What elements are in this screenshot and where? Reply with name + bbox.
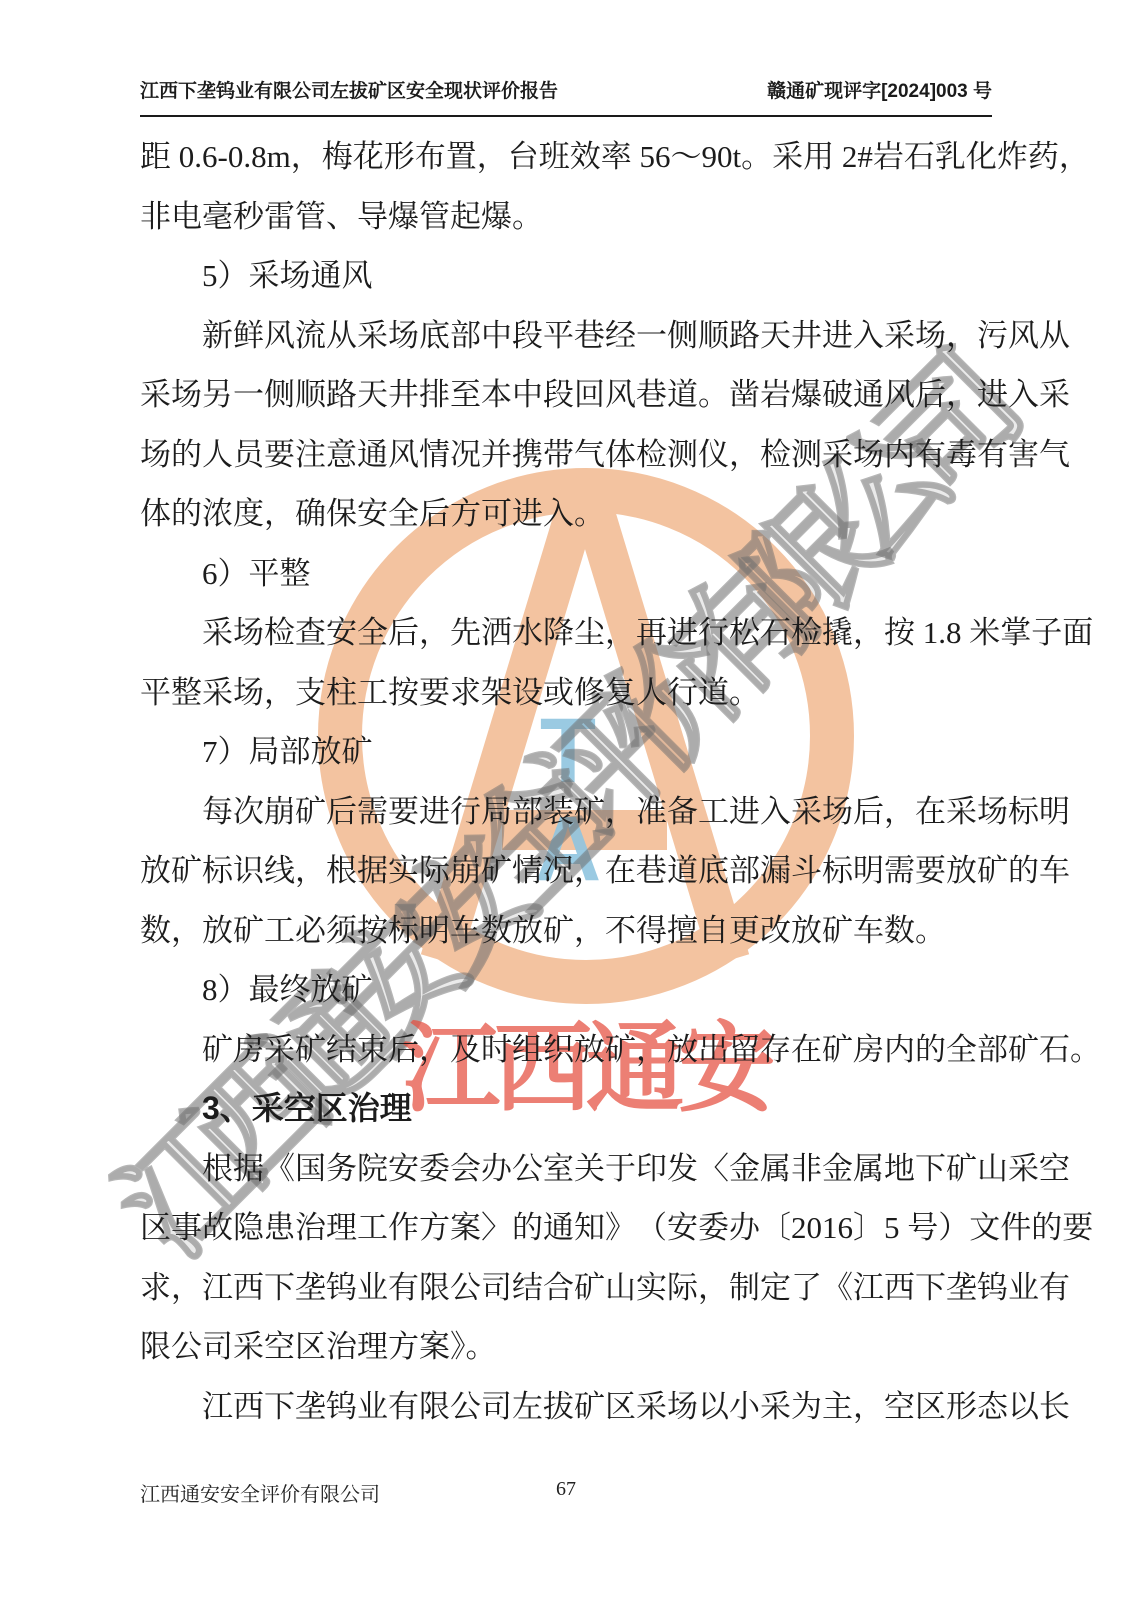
text-line: 放矿标识线，根据实际崩矿情况，在巷道底部漏斗标明需要放矿的车 xyxy=(140,841,992,901)
text-line: 体的浓度，确保安全后方可进入。 xyxy=(140,484,992,544)
header-doc-number: 赣通矿现评字[2024]003 号 xyxy=(767,76,992,103)
text-line: 采场检查安全后，先洒水降尘，再进行松石检撬，按 1.8 米掌子面 xyxy=(140,603,992,663)
text-line: 江西下垄钨业有限公司左拔矿区采场以小采为主，空区形态以长 xyxy=(140,1377,992,1437)
page-number: 67 xyxy=(140,1478,992,1501)
heading-stope-ventilation: 5）采场通风 xyxy=(140,246,992,306)
text-line: 矿房采矿结束后，及时组织放矿，放出留存在矿房内的全部矿石。 xyxy=(140,1020,992,1080)
heading-goaf-treatment: 3、采空区治理 xyxy=(140,1079,992,1139)
text-line: 非电毫秒雷管、导爆管起爆。 xyxy=(140,187,992,247)
page-header: 江西下垄钨业有限公司左拔矿区安全现状评价报告 赣通矿现评字[2024]003 号 xyxy=(140,76,992,117)
text-line: 平整采场，支柱工按要求架设或修复人行道。 xyxy=(140,663,992,723)
text-line: 新鲜风流从采场底部中段平巷经一侧顺路天井进入采场，污风从 xyxy=(140,306,992,366)
heading-leveling: 6）平整 xyxy=(140,544,992,604)
heading-final-ore-drawing: 8）最终放矿 xyxy=(140,960,992,1020)
header-report-title: 江西下垄钨业有限公司左拔矿区安全现状评价报告 xyxy=(140,76,558,103)
body-text: 距 0.6-0.8m，梅花形布置，台班效率 56～90t。采用 2#岩石乳化炸药… xyxy=(140,127,992,1436)
text-line: 区事故隐患治理工作方案〉的通知》（安委办〔2016〕5 号）文件的要 xyxy=(140,1198,992,1258)
heading-partial-ore-drawing: 7）局部放矿 xyxy=(140,722,992,782)
text-line: 数，放矿工必须按标明车数放矿，不得擅自更改放矿车数。 xyxy=(140,901,992,961)
text-line: 采场另一侧顺路天井排至本中段回风巷道。凿岩爆破通风后，进入采 xyxy=(140,365,992,425)
text-line: 场的人员要注意通风情况并携带气体检测仪，检测采场内有毒有害气 xyxy=(140,425,992,485)
text-line: 每次崩矿后需要进行局部装矿，准备工进入采场后，在采场标明 xyxy=(140,782,992,842)
text-line: 求，江西下垄钨业有限公司结合矿山实际，制定了《江西下垄钨业有 xyxy=(140,1258,992,1318)
text-line: 距 0.6-0.8m，梅花形布置，台班效率 56～90t。采用 2#岩石乳化炸药… xyxy=(140,127,992,187)
document-page: T A 江西通安安全评价有限公司 江西通安 江西下垄钨业有限公司左拔矿区安全现状… xyxy=(0,0,1131,1600)
text-line: 限公司采空区治理方案》。 xyxy=(140,1317,992,1377)
text-line: 根据《国务院安委会办公室关于印发〈金属非金属地下矿山采空 xyxy=(140,1139,992,1199)
